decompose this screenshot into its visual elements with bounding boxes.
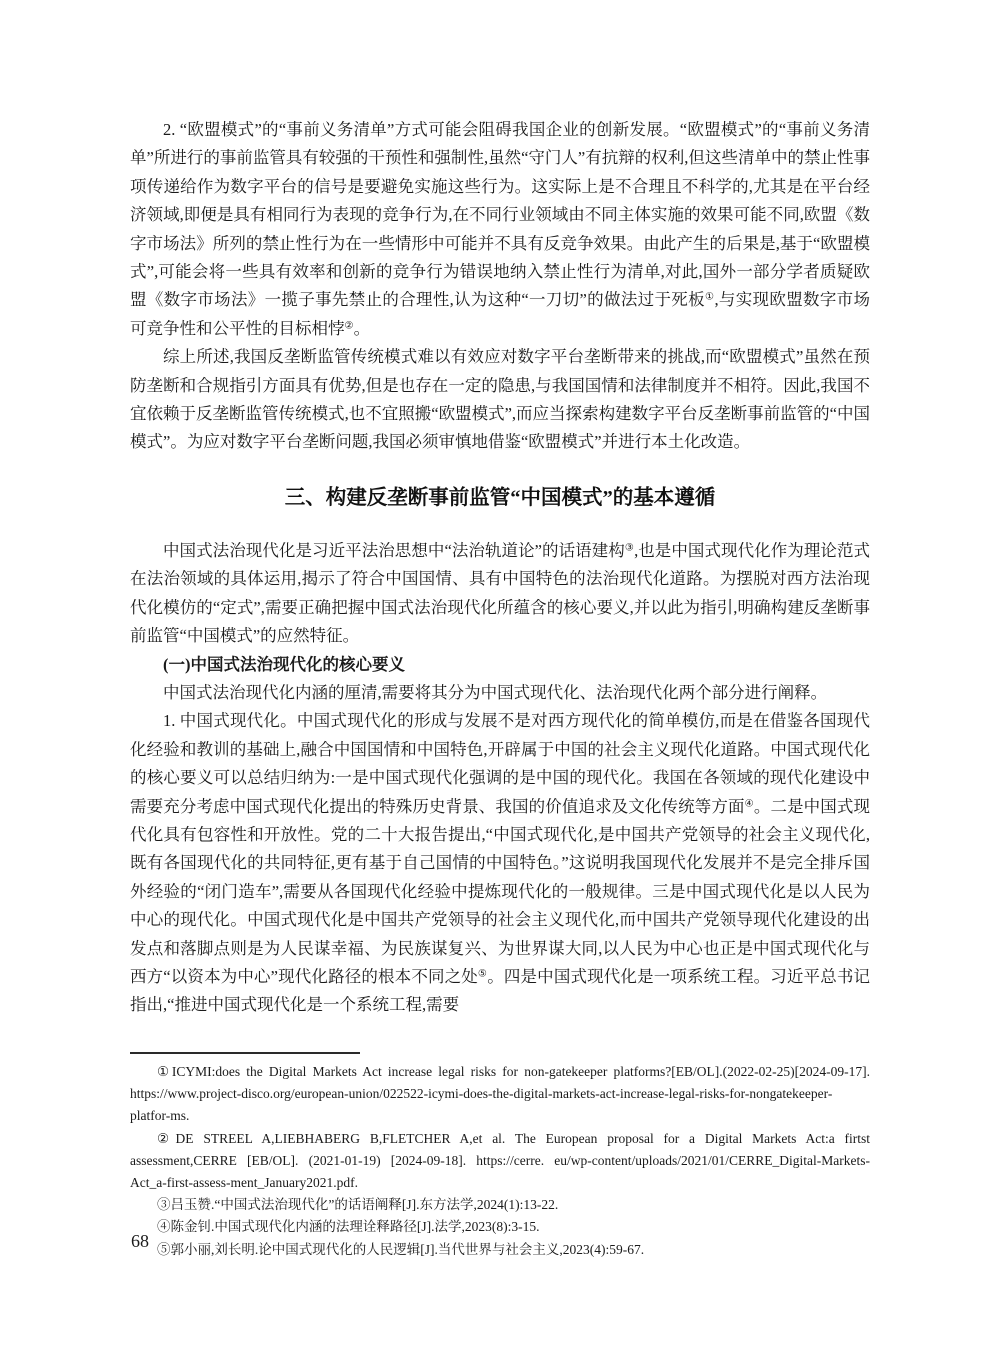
document-page: 2. “欧盟模式”的“事前义务清单”方式可能会阻碍我国企业的创新发展。“欧盟模式… xyxy=(0,0,1000,1347)
body-paragraph: 1. 中国式现代化。中国式现代化的形成与发展不是对西方现代化的简单模仿,而是在借… xyxy=(130,707,870,1019)
footnote-reference-superscript: ② xyxy=(345,320,354,331)
body-paragraph: 中国式法治现代化是习近平法治思想中“法治轨道论”的话语建构③,也是中国式现代化作… xyxy=(130,537,870,651)
footnotes-block: ①ICYMI:does the Digital Markets Act incr… xyxy=(130,1052,870,1261)
body-paragraph: 综上所述,我国反垄断监管传统模式难以有效应对数字平台垄断带来的挑战,而“欧盟模式… xyxy=(130,343,870,457)
body-paragraph: 中国式法治现代化内涵的厘清,需要将其分为中国式现代化、法治现代化两个部分进行阐释… xyxy=(130,679,870,707)
footnote-reference-superscript: ④ xyxy=(745,798,754,809)
sub-heading: (一)中国式法治现代化的核心要义 xyxy=(130,651,870,679)
footnote-item: ②DE STREEL A,LIEBHABERG B,FLETCHER A,et … xyxy=(130,1128,870,1195)
page-number: 68 xyxy=(131,1231,149,1252)
footnote-item: ①ICYMI:does the Digital Markets Act incr… xyxy=(130,1061,870,1128)
footnote-item: ③吕玉赞.“中国式法治现代化”的话语阐释[J].东方法学,2024(1):13-… xyxy=(130,1194,870,1216)
footnote-item: ④陈金钊.中国式现代化内涵的法理诠释路径[J].法学,2023(8):3-15. xyxy=(130,1216,870,1238)
body-paragraph: 2. “欧盟模式”的“事前义务清单”方式可能会阻碍我国企业的创新发展。“欧盟模式… xyxy=(130,116,870,343)
footnote-separator xyxy=(130,1052,360,1054)
footnote-reference-superscript: ⑤ xyxy=(478,968,487,979)
footnote-reference-superscript: ③ xyxy=(625,542,634,553)
section-heading: 三、构建反垄断事前监管“中国模式”的基本遵循 xyxy=(130,483,870,513)
footnote-item: ⑤郭小丽,刘长明.论中国式现代化的人民逻辑[J].当代世界与社会主义,2023(… xyxy=(130,1239,870,1261)
body-text-block: 2. “欧盟模式”的“事前义务清单”方式可能会阻碍我国企业的创新发展。“欧盟模式… xyxy=(130,116,870,1058)
